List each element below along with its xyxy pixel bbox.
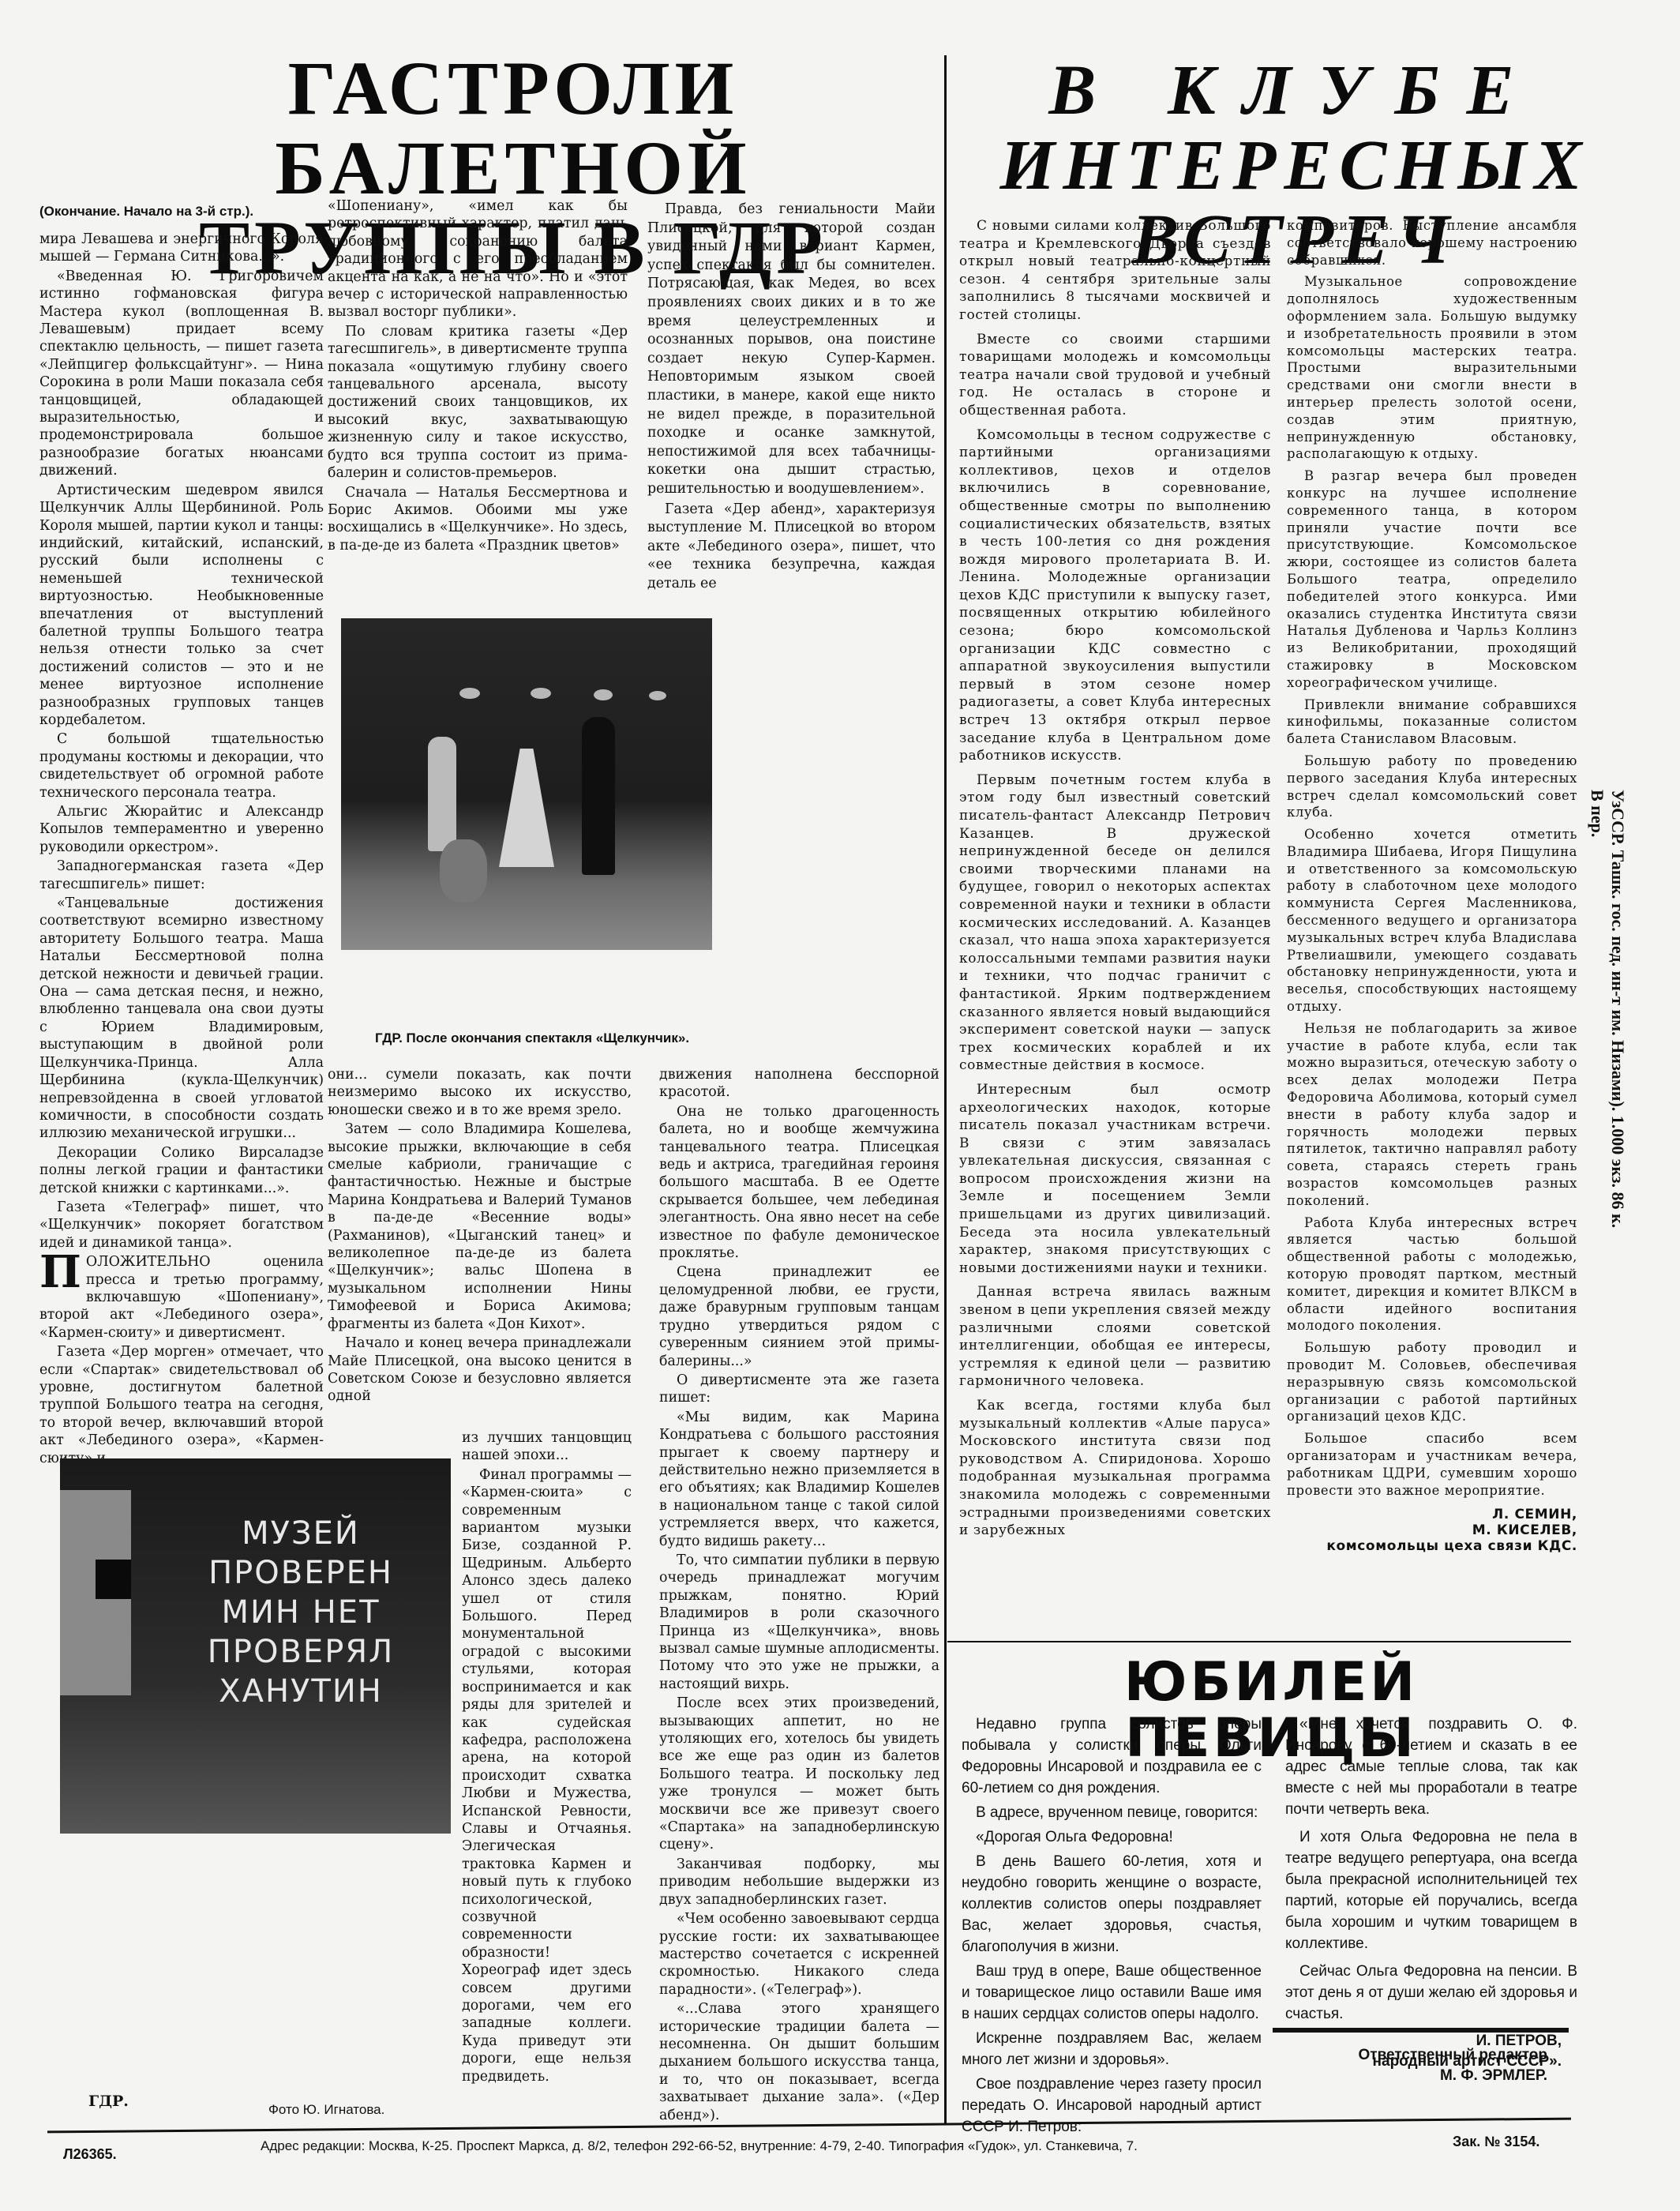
ballet-photo (341, 618, 712, 950)
paragraph: Финал программы — «Кармен-сюита» с совре… (462, 1466, 632, 2085)
paragraph: Газета «Дер абенд», характеризуя выступл… (647, 501, 936, 594)
editor-title: Ответственный редактор (1279, 2045, 1547, 2066)
headline-line-1: В КЛУБЕ (955, 54, 1634, 129)
paragraph: Работа Клуба интересных встреч является … (1287, 1214, 1577, 1335)
article2-col1: С новыми силами коллектив Большого театр… (959, 217, 1271, 1541)
paragraph: Большую работу проводил и проводит М. Со… (1287, 1339, 1577, 1425)
sign-line: ПРОВЕРЯЛ (155, 1632, 447, 1672)
paragraph-text: ОЛОЖИТЕЛЬНО оценила пресса и третью прог… (39, 1254, 324, 1341)
paragraph: Газета «Дер морген» отмечает, что если «… (39, 1343, 324, 1467)
article1-col2-bottom: они... сумели показать, как почти неизме… (328, 1066, 632, 1407)
dancer-figure (428, 737, 456, 851)
paragraph: «Мне хочется поздравить О. Ф. Инсарову с… (1285, 1714, 1577, 1820)
dancer-figure (582, 717, 615, 875)
paragraph: Начало и конец вечера принадлежали Майе … (328, 1334, 632, 1406)
paragraph: С большой тщательностью продуманы костюм… (39, 730, 324, 801)
photo-credit: Фото Ю. Игнатова. (268, 2102, 384, 2118)
paragraph: В день Вашего 60-летия, хотя и неудобно … (962, 1851, 1262, 1958)
paragraph: Ваш труд в опере, Ваше общественное и то… (962, 1961, 1262, 2025)
wall-window (96, 1560, 131, 1599)
article1-col3-top: Правда, без гениальности Майи Плисецкой,… (647, 201, 936, 595)
article3-col1: Недавно группа солистов оперы побывала у… (962, 1714, 1262, 2138)
dropcap-letter: П (39, 1255, 81, 1289)
paragraph: В адресе, врученном певице, говорится: (962, 1802, 1262, 1823)
editor-block: Ответственный редактор М. Ф. ЭРМЛЕР. (1279, 2045, 1547, 2086)
article1-col3-bottom: движения наполнена бесспорной красотой. … (659, 1066, 939, 2126)
paragraph: Данная встреча явилась важным звеном в ц… (959, 1283, 1271, 1391)
article1-col1: мира Левашева и энергичного Короля мышей… (39, 231, 324, 1469)
paragraph: Сцена принадлежит ее целомудренной любви… (659, 1263, 939, 1369)
sign-line: МИН НЕТ (155, 1593, 447, 1632)
sign-line: ХАНУТИН (155, 1672, 447, 1711)
paragraph: они... сумели показать, как почти неизме… (328, 1066, 632, 1119)
paragraph: «Танцевальные достижения соответствуют в… (39, 895, 324, 1143)
museum-sign-photo: МУЗЕЙ ПРОВЕРЕН МИН НЕТ ПРОВЕРЯЛ ХАНУТИН (60, 1458, 451, 1834)
paragraph: композиторов. Выступление ансамбля соотв… (1287, 217, 1577, 268)
editor-name: М. Ф. ЭРМЛЕР. (1279, 2066, 1547, 2086)
sign-text: МУЗЕЙ ПРОВЕРЕН МИН НЕТ ПРОВЕРЯЛ ХАНУТИН (155, 1514, 447, 1711)
paragraph: Свое поздравление через газету просил пе… (962, 2074, 1262, 2138)
imprint-line: УзССР. Ташк. гос. пед. ин-т им. Низами).… (1608, 790, 1628, 1228)
article2-signature: Л. СЕМИН, М. КИСЕЛЕВ, комсомольцы цеха с… (1287, 1507, 1577, 1554)
paragraph: С новыми силами коллектив Большого театр… (959, 217, 1271, 325)
section-divider (947, 1641, 1571, 1642)
paragraph: Как всегда, гостями клуба был музыкальны… (959, 1397, 1271, 1540)
dropcap-paragraph: ПОЛОЖИТЕЛЬНО оценила пресса и третью про… (39, 1253, 324, 1342)
paragraph: Нельзя не поблагодарить за живое участие… (1287, 1020, 1577, 1210)
signature-role: комсомольцы цеха связи КДС. (1287, 1538, 1577, 1554)
footer-order: Зак. № 3154. (1453, 2134, 1539, 2150)
imprint-stamp: УзССР. Ташк. гос. пед. ин-т им. Низами).… (1587, 790, 1628, 1228)
signature-name: М. КИСЕЛЕВ, (1287, 1522, 1577, 1538)
article3-col2: «Мне хочется поздравить О. Ф. Инсарову с… (1285, 1714, 1577, 2072)
paragraph: В разгар вечера был проведен конкурс на … (1287, 467, 1577, 691)
paragraph: мира Левашева и энергичного Короля мышей… (39, 231, 324, 266)
footer-code: Л26365. (63, 2146, 117, 2163)
article1-col2-narrow: из лучших танцовщиц нашей эпохи... Финал… (462, 1429, 632, 2087)
paragraph: Затем — соло Владимира Кошелева, высокие… (328, 1121, 632, 1333)
paragraph: Недавно группа солистов оперы побывала у… (962, 1714, 1262, 1799)
paragraph: Заканчивая подборку, мы приводим небольш… (659, 1856, 939, 1909)
footer-address: Адрес редакции: Москва, К-25. Проспект М… (261, 2138, 1138, 2154)
paragraph: Искренне поздравляем Вас, желаем много л… (962, 2028, 1262, 2070)
paragraph: Декорации Солико Вирсаладзе полны легкой… (39, 1144, 324, 1197)
paragraph: движения наполнена бесспорной красотой. (659, 1066, 939, 1102)
headline-line-1: ГАСТРОЛИ БАЛЕТНОЙ (71, 49, 955, 208)
ballet-photo-caption: ГДР. После окончания спектакля «Щелкунчи… (375, 1030, 689, 1046)
imprint-line: В пер. (1588, 790, 1607, 837)
paragraph: Большое спасибо всем организаторам и уча… (1287, 1430, 1577, 1499)
paragraph: По словам критика газеты «Дер тагесшпиге… (328, 323, 628, 482)
flower-bouquet (440, 839, 487, 903)
sign-line: ПРОВЕРЕН (155, 1553, 447, 1593)
paragraph: Музыкальное сопровождение дополнялось ху… (1287, 273, 1577, 463)
paragraph: «Чем особенно завоевывают сердца русские… (659, 1910, 939, 1999)
paragraph: О дивертисменте эта же газета пишет: (659, 1372, 939, 1407)
paragraph: Правда, без гениальности Майи Плисецкой,… (647, 201, 936, 499)
continuation-note: (Окончание. Начало на 3-й стр.). (39, 204, 324, 220)
paragraph: Она не только драгоценность балета, но и… (659, 1103, 939, 1263)
paragraph: Вместе со своими старшими товарищами мол… (959, 331, 1271, 420)
dancer-figure (499, 749, 554, 867)
signature-name: Л. СЕМИН, (1287, 1507, 1577, 1522)
paragraph: Первым почетным гостем клуба в этом году… (959, 771, 1271, 1075)
sign-line: МУЗЕЙ (155, 1514, 447, 1553)
article1-col2-top: «Шопениану», «имел как бы ретроспективны… (328, 197, 628, 556)
paragraph: Большую работу по проведению первого зас… (1287, 753, 1577, 821)
paragraph: Особенно хочется отметить Владимира Шиба… (1287, 826, 1577, 1015)
paragraph: Привлекли внимание собравшихся кинофильм… (1287, 696, 1577, 748)
article2-col2: композиторов. Выступление ансамбля соотв… (1287, 217, 1577, 1554)
paragraph: Газета «Телеграф» пишет, что «Щелкунчик»… (39, 1199, 324, 1252)
paragraph: «Шопениану», «имел как бы ретроспективны… (328, 197, 628, 321)
paragraph: Сейчас Ольга Федоровна на пенсии. В этот… (1285, 1961, 1577, 2025)
paragraph: «Мы видим, как Марина Кондратьева с боль… (659, 1409, 939, 1550)
paragraph: Западногерманская газета «Дер тагесшпиге… (39, 858, 324, 893)
paragraph: из лучших танцовщиц нашей эпохи... (462, 1429, 632, 1465)
paragraph: Комсомольцы в тесном содружестве с парти… (959, 426, 1271, 765)
paragraph: То, что симпатии публики в первую очеред… (659, 1552, 939, 1693)
editor-divider (1273, 2028, 1569, 2033)
paragraph: «...Слава этого хранящего исторические т… (659, 2000, 939, 2124)
paragraph: Артистическим шедевром явился Щелкунчик … (39, 482, 324, 730)
paragraph: «Дорогая Ольга Федоровна! (962, 1826, 1262, 1848)
paragraph: После всех этих произведений, вызывающих… (659, 1695, 939, 1854)
museum-photo-caption-left: ГДР. (88, 2093, 129, 2110)
paragraph: Интересным был осмотр археологических на… (959, 1081, 1271, 1278)
paragraph: Альгис Жюрайтис и Александр Копылов темп… (39, 803, 324, 856)
paragraph: Сначала — Наталья Бессмертнова и Борис А… (328, 484, 628, 555)
paragraph: «Введенная Ю. Григоровичем истинно гофма… (39, 268, 324, 480)
column-divider (944, 1571, 947, 2124)
paragraph: И хотя Ольга Федоровна не пела в театре … (1285, 1826, 1577, 1954)
